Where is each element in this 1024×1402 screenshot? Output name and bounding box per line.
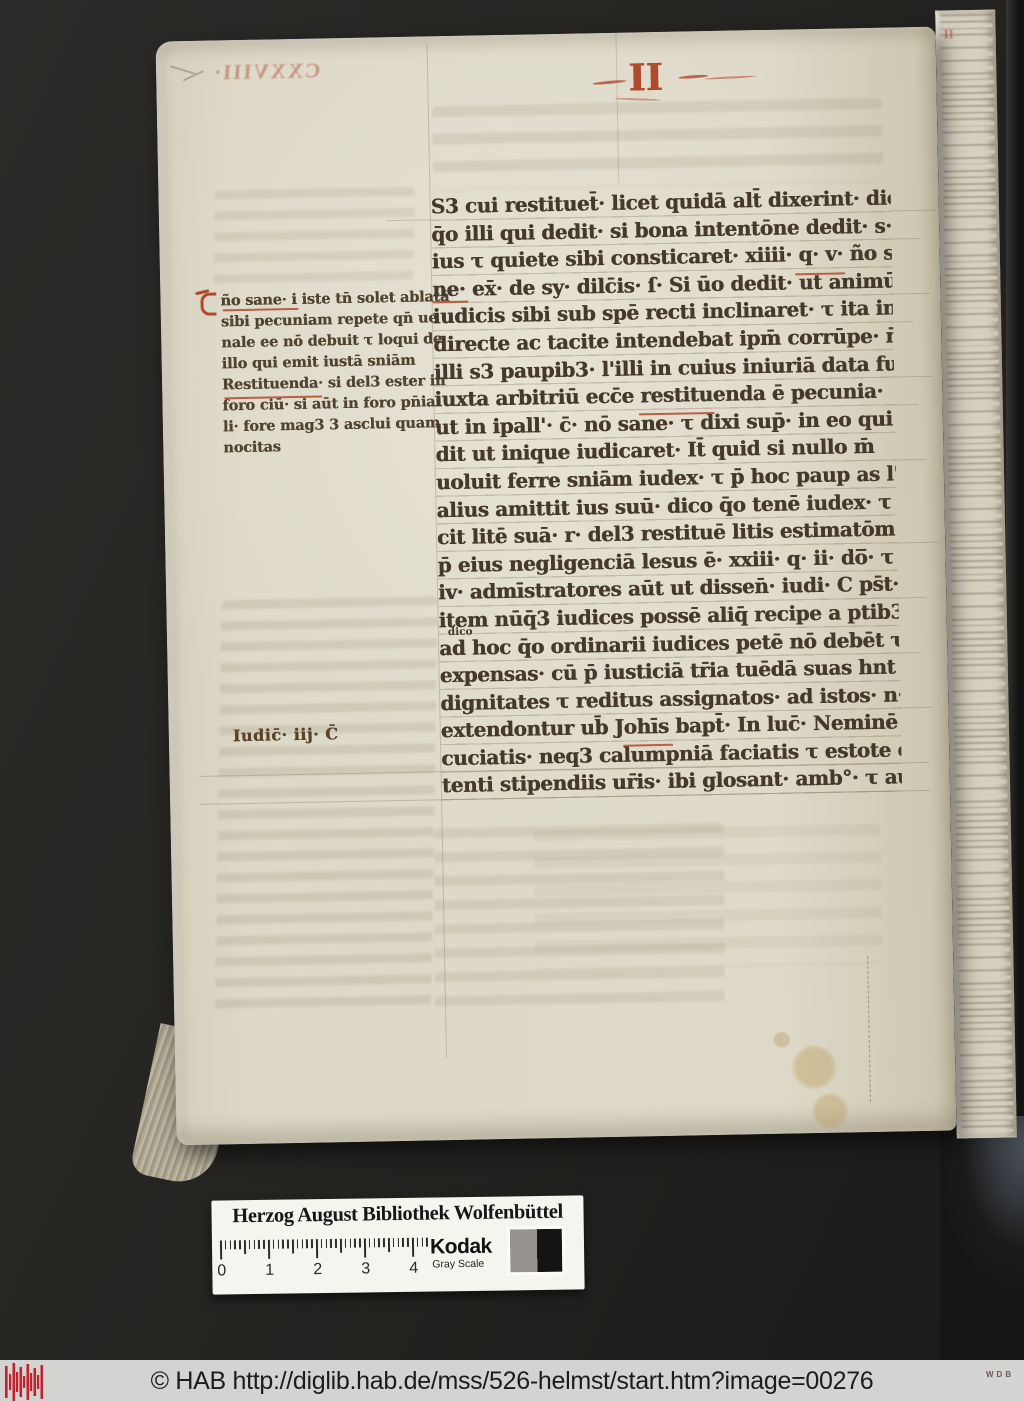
show-through-text: [434, 823, 724, 1017]
ruler-tick: [321, 1239, 323, 1248]
ruler-tick: [254, 1240, 256, 1249]
ruler-tick: [426, 1238, 428, 1247]
faint-chapter-numeral: II: [943, 26, 953, 42]
pencil-mark: [168, 63, 210, 86]
footer-bar: © HAB http://diglib.hab.de/mss/526-helms…: [0, 1360, 1024, 1402]
ruler-number: 0: [217, 1262, 226, 1280]
interlinear-gloss: dico: [448, 626, 473, 638]
gloss-line: nocitas: [223, 433, 431, 458]
ruler-tick: [417, 1238, 419, 1247]
ruler-tick: [397, 1238, 399, 1247]
show-through-text: [215, 596, 438, 1020]
ruler-tick: [364, 1238, 366, 1257]
ruler-tick: [225, 1240, 227, 1249]
ruler-number: 1: [265, 1262, 274, 1280]
ruler-tick: [292, 1239, 294, 1253]
parchment-stain: [812, 1092, 849, 1129]
gloss-line: li· fore mag3 3 asclui quam: [223, 412, 431, 437]
ruler-tick: [421, 1238, 423, 1247]
ruling-extender: [896, 597, 926, 599]
manuscript-page: CXXVIII· II ño sane· i iste tn̄ solet ab…: [155, 27, 956, 1146]
ruling-extender: [387, 219, 431, 221]
ruling-extender: [895, 542, 939, 544]
ruling-extender: [891, 321, 913, 322]
ruler-tick: [278, 1240, 280, 1249]
ruler-tick: [354, 1239, 356, 1248]
ruler-tick: [388, 1238, 390, 1252]
ruling-extender: [898, 707, 932, 709]
ruler-tick: [287, 1240, 289, 1249]
ruler-ticks: [220, 1238, 432, 1263]
ruler-tick: [268, 1240, 270, 1259]
color-registration-mark: [5, 1362, 51, 1402]
ruler-tick: [335, 1239, 337, 1248]
ruler-tick: [412, 1238, 414, 1257]
ruling-extender: [889, 238, 919, 240]
marginal-citation: Iudic̄· iij· C̄: [233, 724, 339, 745]
ruling-extender: [892, 376, 932, 378]
grayscale-label: Gray Scale: [432, 1258, 484, 1271]
show-through-text: [533, 824, 884, 971]
ruler-number: 3: [361, 1260, 370, 1278]
show-through-text: [214, 187, 415, 287]
ruler-tick: [263, 1240, 265, 1249]
digitized-manuscript-photo: II CXXVIII·: [0, 0, 1024, 1402]
kodak-grayscale-card: Herzog August Bibliothek Wolfenbüttel 01…: [211, 1195, 584, 1294]
chapter-numeral: II: [628, 54, 664, 101]
main-text-block: S3 cui restituet̄· licet quidā alt̄ dixe…: [430, 185, 902, 806]
ruler-tick: [378, 1238, 380, 1247]
ruler-tick: [258, 1240, 260, 1249]
ruler-tick: [359, 1239, 361, 1248]
ruler-tick: [302, 1239, 304, 1248]
parchment-stain: [791, 1045, 838, 1090]
ruler-tick: [373, 1238, 375, 1247]
ruler-tick: [239, 1240, 241, 1249]
ruler-tick: [273, 1240, 275, 1249]
mirrored-folio-numeral: CXXVIII·: [211, 58, 321, 85]
ruler-tick: [234, 1240, 236, 1249]
ruler-tick: [316, 1239, 318, 1258]
ruling-extender: [897, 652, 919, 653]
show-through-text: [432, 98, 884, 191]
ruler-tick: [249, 1240, 251, 1249]
book-cradle: [940, 1116, 1024, 1386]
ruler-tick: [350, 1239, 352, 1248]
wdb-watermark: WDB: [986, 1370, 1014, 1379]
ruler-tick: [326, 1239, 328, 1248]
ruler-number: 2: [313, 1261, 322, 1279]
ruler-tick: [340, 1239, 342, 1253]
parchment-stain: [773, 1032, 791, 1048]
ruler-number: 4: [409, 1260, 418, 1278]
ruler-tick: [330, 1239, 332, 1248]
ruling-extender: [894, 459, 926, 461]
library-name-label: Herzog August Bibliothek Wolfenbüttel: [211, 1200, 583, 1228]
ruler-tick: [345, 1239, 347, 1248]
ruler-tick: [402, 1238, 404, 1247]
ruler-tick: [407, 1238, 409, 1247]
gray-scale-patch: [510, 1229, 563, 1273]
ruler-tick: [311, 1239, 313, 1248]
ruling-extender: [889, 210, 935, 212]
ruler-tick: [383, 1238, 385, 1247]
ruler-tick: [282, 1240, 284, 1249]
rubric-flourish: [592, 79, 626, 85]
ruler-numbers: 01234: [220, 1260, 432, 1283]
ruler-tick: [297, 1239, 299, 1248]
ruler-tick: [393, 1238, 395, 1247]
ruler-tick: [369, 1238, 371, 1247]
ruler-tick: [220, 1240, 222, 1259]
ruling-extender: [890, 293, 930, 295]
vertical-ruling-line-dashed: [867, 956, 871, 1102]
ruler-tick: [306, 1239, 308, 1248]
chapter-heading: II: [592, 51, 793, 107]
kodak-brand-label: Kodak: [430, 1235, 492, 1260]
ruling-extender: [893, 404, 919, 405]
ruler-tick: [244, 1240, 246, 1254]
ruler-tick: [230, 1240, 232, 1249]
marginal-gloss: ño sane· i iste tn̄ solet ablatāsibi pec…: [220, 286, 431, 458]
copyright-url-text: © HAB http://diglib.hab.de/mss/526-helms…: [0, 1360, 1024, 1402]
red-paragraph-mark: [200, 292, 216, 315]
rubric-flourish: [704, 75, 756, 80]
